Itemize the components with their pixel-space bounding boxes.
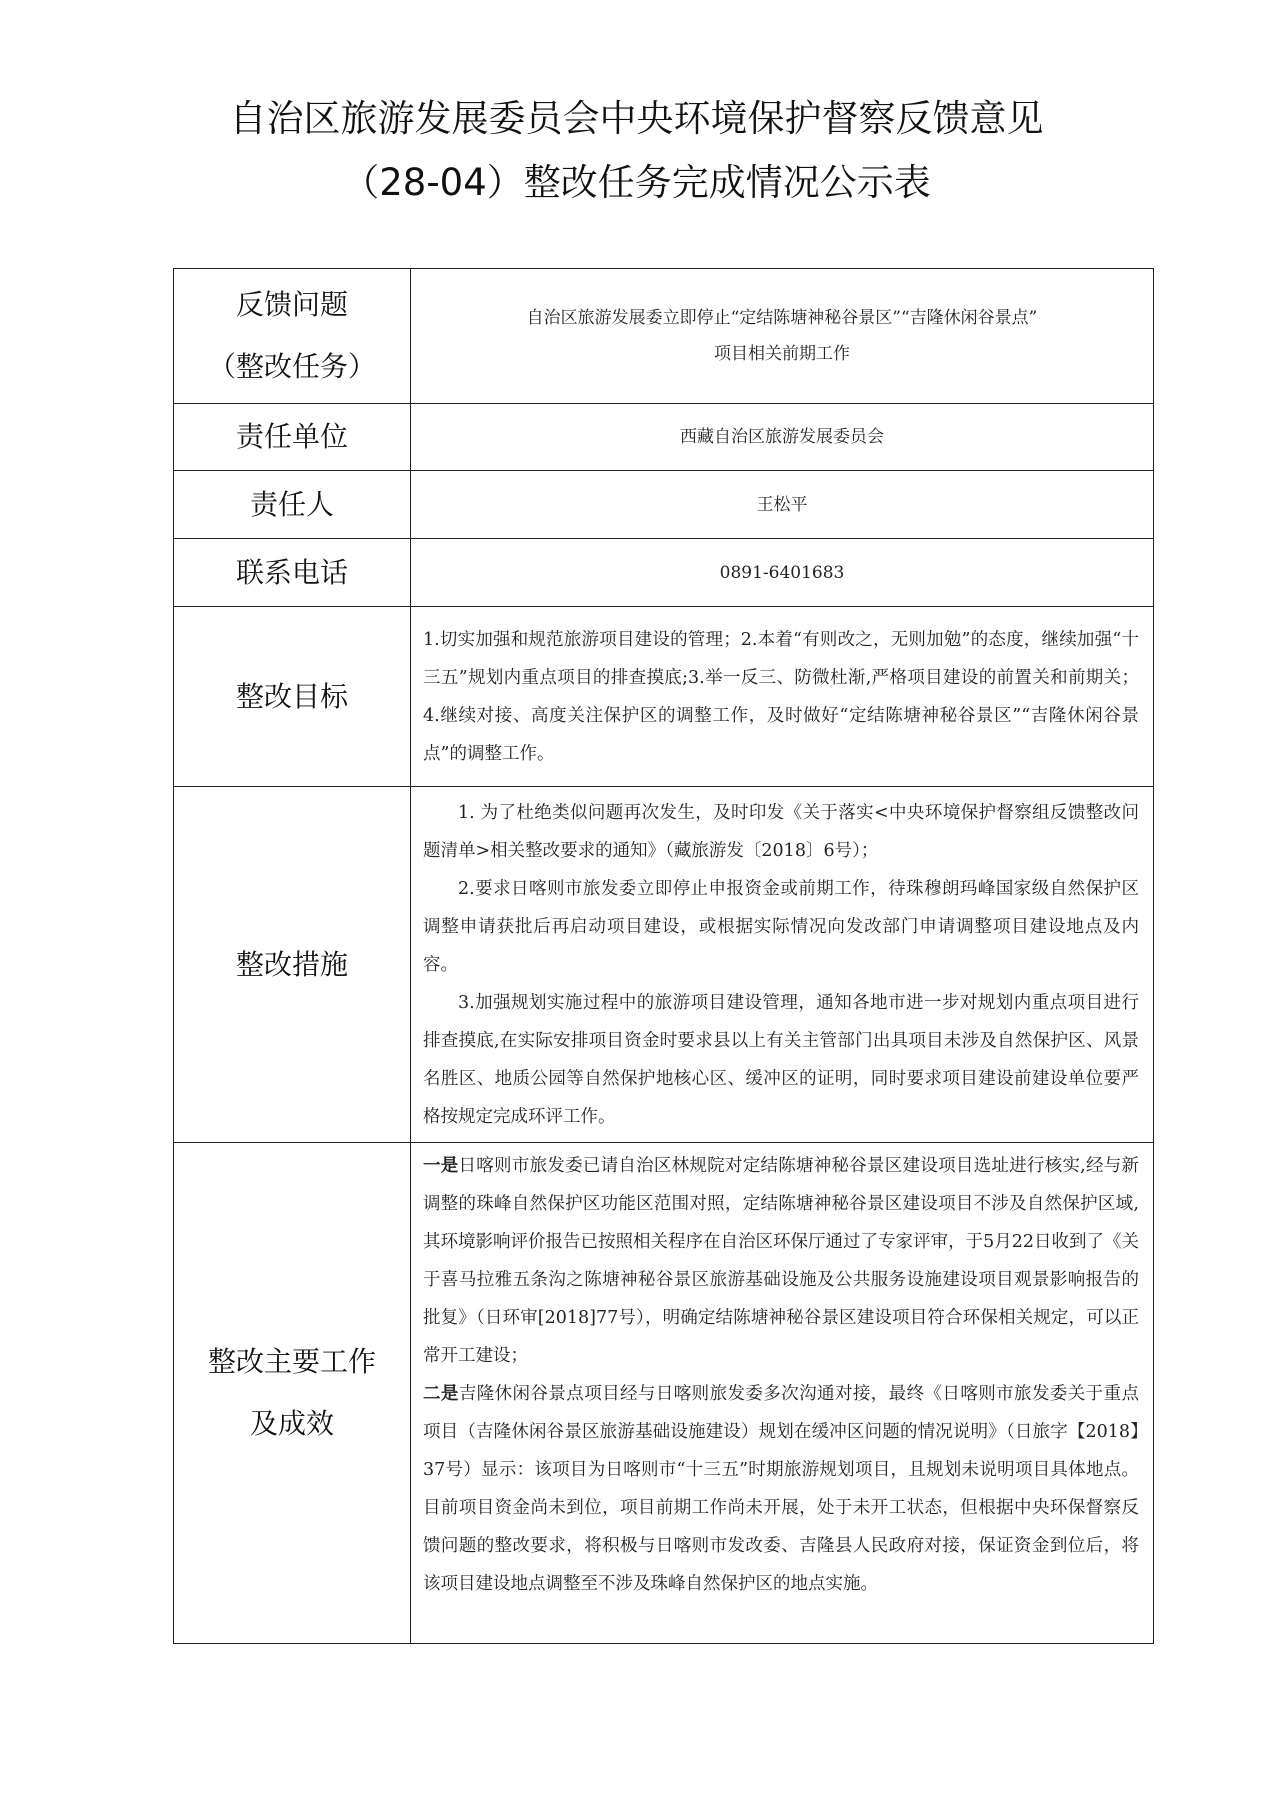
value-goals: 1.切实加强和规范旅游项目建设的管理；2.本着“有则改之，无则加勉”的态度，继续…	[411, 607, 1154, 787]
measure-paragraph: 1. 为了杜绝类似问题再次发生，及时印发《关于落实<中央环境保护督察组反馈整改问…	[423, 794, 1139, 870]
label-main-work: 整改主要工作 及成效	[174, 1143, 411, 1644]
value-contact-phone: 0891-6401683	[411, 539, 1154, 607]
work-lead: 二是	[423, 1384, 459, 1404]
value-measures: 1. 为了杜绝类似问题再次发生，及时印发《关于落实<中央环境保护督察组反馈整改问…	[411, 787, 1154, 1143]
label-line: 反馈问题	[174, 274, 410, 336]
value-main-work: 一是日喀则市旅发委已请自治区林规院对定结陈塘神秘谷景区建设项目选址进行核实,经与…	[411, 1143, 1154, 1644]
goals-text: 1.切实加强和规范旅游项目建设的管理；2.本着“有则改之，无则加勉”的态度，继续…	[423, 621, 1139, 773]
page-title-line-1: 自治区旅游发展委员会中央环境保护督察反馈意见	[0, 88, 1273, 142]
page-title-line-2: （28-04）整改任务完成情况公示表	[0, 152, 1273, 206]
measure-paragraph: 3.加强规划实施过程中的旅游项目建设管理，通知各地市进一步对规划内重点项目进行排…	[423, 984, 1139, 1136]
label-responsible-person: 责任人	[174, 471, 411, 539]
measure-paragraph: 2.要求日喀则市旅发委立即停止申报资金或前期工作，待珠穆朗玛峰国家级自然保护区调…	[423, 870, 1139, 984]
value-feedback-issue: 自治区旅游发展委立即停止“定结陈塘神秘谷景区”“吉隆休闲谷景点” 项目相关前期工…	[411, 269, 1154, 404]
label-measures: 整改措施	[174, 787, 411, 1143]
value-line: 项目相关前期工作	[411, 336, 1153, 372]
table-row-goals: 整改目标 1.切实加强和规范旅游项目建设的管理；2.本着“有则改之，无则加勉”的…	[174, 607, 1154, 787]
label-goals: 整改目标	[174, 607, 411, 787]
table-row-contact-phone: 联系电话 0891-6401683	[174, 539, 1154, 607]
label-responsible-unit: 责任单位	[174, 404, 411, 471]
value-responsible-unit: 西藏自治区旅游发展委员会	[411, 404, 1154, 471]
table-row-feedback-issue: 反馈问题 （整改任务） 自治区旅游发展委立即停止“定结陈塘神秘谷景区”“吉隆休闲…	[174, 269, 1154, 404]
value-responsible-person: 王松平	[411, 471, 1154, 539]
table-row-measures: 整改措施 1. 为了杜绝类似问题再次发生，及时印发《关于落实<中央环境保护督察组…	[174, 787, 1154, 1143]
table-row-main-work: 整改主要工作 及成效 一是日喀则市旅发委已请自治区林规院对定结陈塘神秘谷景区建设…	[174, 1143, 1154, 1644]
table-row-responsible-unit: 责任单位 西藏自治区旅游发展委员会	[174, 404, 1154, 471]
work-text: 日喀则市旅发委已请自治区林规院对定结陈塘神秘谷景区建设项目选址进行核实,经与新调…	[423, 1156, 1139, 1366]
work-lead: 一是	[423, 1156, 459, 1176]
value-line: 自治区旅游发展委立即停止“定结陈塘神秘谷景区”“吉隆休闲谷景点”	[411, 300, 1153, 336]
work-text: 吉隆休闲谷景点项目经与日喀则旅发委多次沟通对接，最终《日喀则市旅发委关于重点项目…	[423, 1384, 1139, 1594]
work-paragraph: 二是吉隆休闲谷景点项目经与日喀则旅发委多次沟通对接，最终《日喀则市旅发委关于重点…	[423, 1375, 1139, 1603]
label-line: 及成效	[174, 1393, 410, 1455]
label-contact-phone: 联系电话	[174, 539, 411, 607]
label-line: （整改任务）	[174, 336, 410, 398]
label-feedback-issue: 反馈问题 （整改任务）	[174, 269, 411, 404]
label-line: 整改主要工作	[174, 1331, 410, 1393]
table-row-responsible-person: 责任人 王松平	[174, 471, 1154, 539]
work-paragraph: 一是日喀则市旅发委已请自治区林规院对定结陈塘神秘谷景区建设项目选址进行核实,经与…	[423, 1147, 1139, 1375]
rectification-table: 反馈问题 （整改任务） 自治区旅游发展委立即停止“定结陈塘神秘谷景区”“吉隆休闲…	[173, 268, 1154, 1644]
